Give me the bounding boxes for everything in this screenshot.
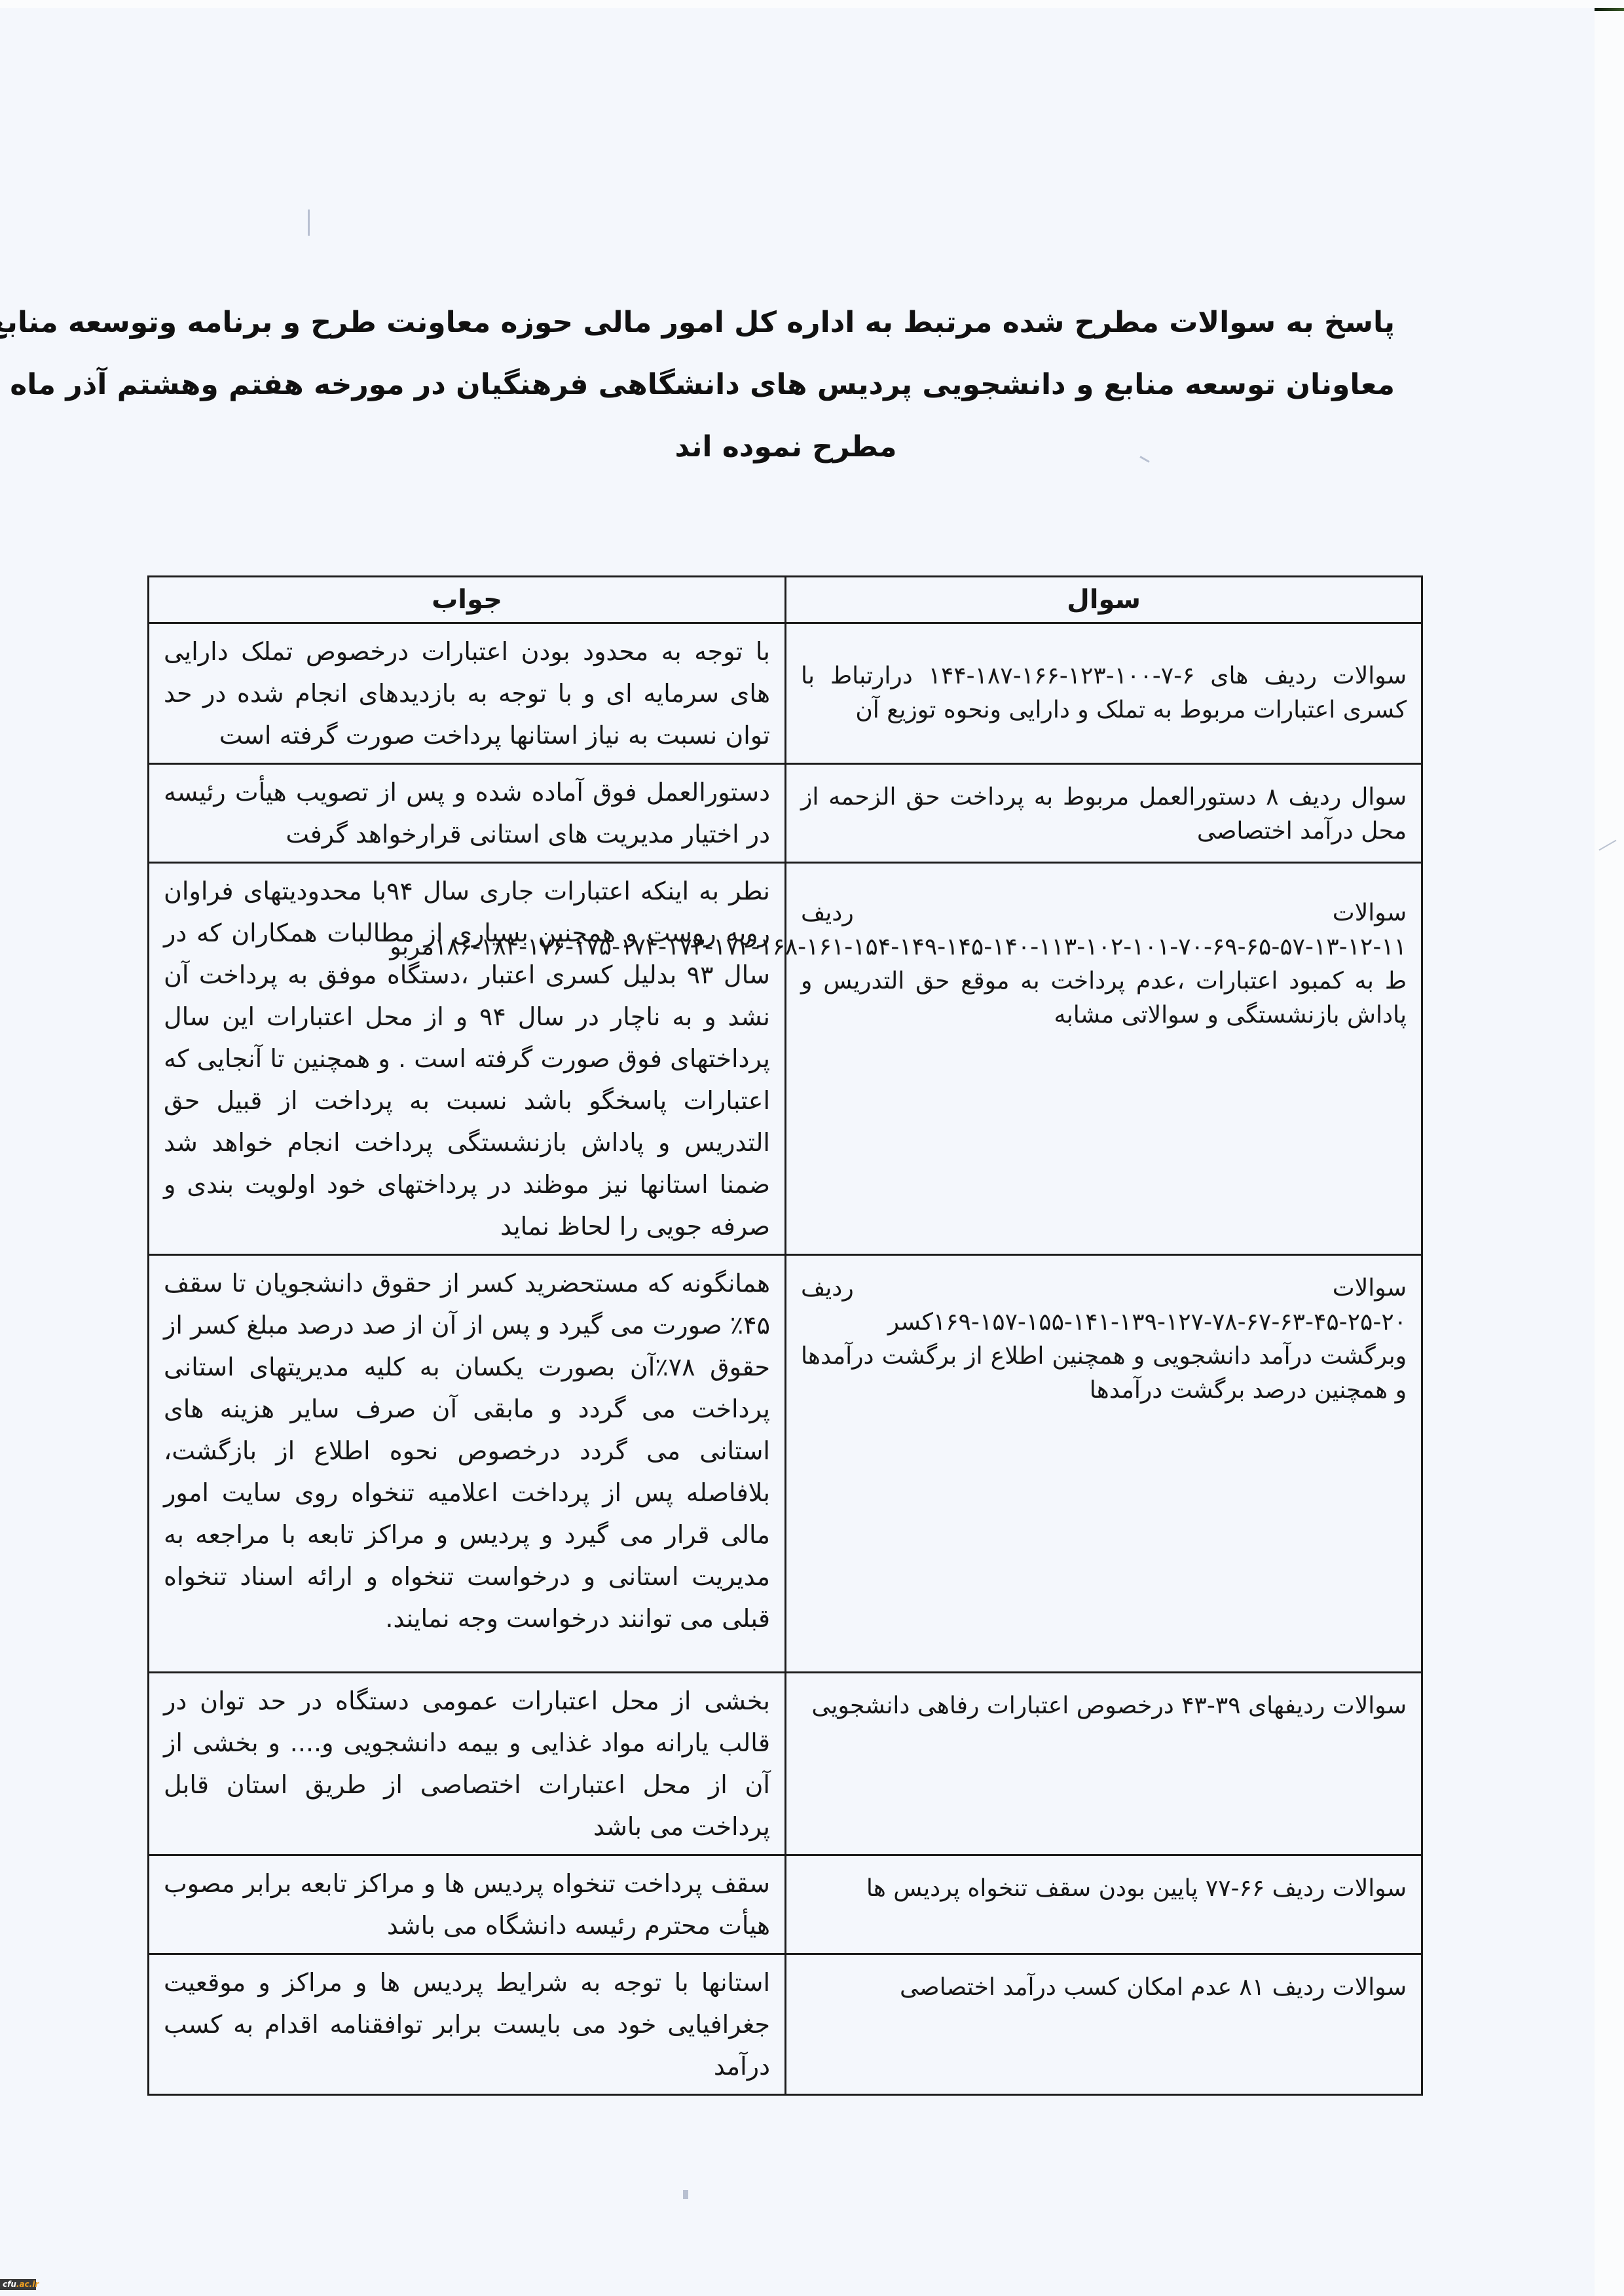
question-text: سوالات ردیف ۱۱-۱۲-۱۳-۵۷-۶۵-۶۹-۷۰-۱۰۱-۱۰۲… — [801, 870, 1407, 1032]
question-text: سوالات ردیفهای ۳۹-۴۳ درخصوص اعتبارات رفا… — [801, 1680, 1407, 1723]
answer-cell: بخشی از محل اعتبارات عمومی دستگاه در حد … — [149, 1673, 786, 1855]
document-title: پاسخ به سوالات مطرح شده مرتبط به اداره ک… — [177, 291, 1395, 478]
table-row: سوالات ردیف های ۶-۷-۱۰۰-۱۲۳-۱۶۶-۱۸۷-۱۴۴ … — [149, 623, 1422, 764]
answer-cell: با توجه به محدود بودن اعتبارات درخصوص تم… — [149, 623, 786, 764]
question-cell: سوالات ردیف ۸۱ عدم امکان کسب درآمد اختصا… — [786, 1954, 1422, 2095]
table-row: سوالات ردیف ۸۱ عدم امکان کسب درآمد اختصا… — [149, 1954, 1422, 2095]
question-cell: سوال ردیف ۸ دستورالعمل مربوط به پرداخت ح… — [786, 764, 1422, 863]
title-line: معاونان توسعه منابع و دانشجویی پردیس های… — [177, 354, 1395, 416]
scan-page-edge — [1595, 0, 1624, 2296]
answer-cell: دستورالعمل فوق آماده شده و پس از تصویب ه… — [149, 764, 786, 863]
question-text: سوالات ردیف ۶۶-۷۷ پایین بودن سقف تنخواه … — [801, 1863, 1407, 1906]
question-text: سوالات ردیف ۲۰-۲۵-۴۵-۶۳-۶۷-۷۸-۱۲۷-۱۳۹-۱۴… — [801, 1262, 1407, 1408]
question-cell: سوالات ردیف های ۶-۷-۱۰۰-۱۲۳-۱۶۶-۱۸۷-۱۴۴ … — [786, 623, 1422, 764]
answer-cell: همانگونه که مستحضرید کسر از حقوق دانشجوی… — [149, 1255, 786, 1673]
table-row: سوال ردیف ۸ دستورالعمل مربوط به پرداخت ح… — [149, 764, 1422, 863]
watermark-part-2: .ac.ir — [16, 2280, 39, 2289]
header-answer: جواب — [149, 577, 786, 623]
question-cell: سوالات ردیف ۲۰-۲۵-۴۵-۶۳-۶۷-۷۸-۱۲۷-۱۳۹-۱۴… — [786, 1255, 1422, 1673]
table-row: سوالات ردیف ۲۰-۲۵-۴۵-۶۳-۶۷-۷۸-۱۲۷-۱۳۹-۱۴… — [149, 1255, 1422, 1673]
scan-speck — [308, 210, 310, 236]
header-question: سوال — [786, 577, 1422, 623]
question-cell: سوالات ردیفهای ۳۹-۴۳ درخصوص اعتبارات رفا… — [786, 1673, 1422, 1855]
questions-answers-table: سوال جواب سوالات ردیف های ۶-۷-۱۰۰-۱۲۳-۱۶… — [147, 575, 1423, 2096]
table-row: سوالات ردیفهای ۳۹-۴۳ درخصوص اعتبارات رفا… — [149, 1673, 1422, 1855]
answer-cell: نطر به اینکه اعتبارات جاری سال ۹۴با محدو… — [149, 863, 786, 1255]
question-cell: سوالات ردیف ۶۶-۷۷ پایین بودن سقف تنخواه … — [786, 1855, 1422, 1954]
answer-cell: سقف پرداخت تنخواه پردیس ها و مراکز تابعه… — [149, 1855, 786, 1954]
scan-top-margin — [0, 0, 1595, 8]
table-row: سوالات ردیف ۶۶-۷۷ پایین بودن سقف تنخواه … — [149, 1855, 1422, 1954]
table-row: سوالات ردیف ۱۱-۱۲-۱۳-۵۷-۶۵-۶۹-۷۰-۱۰۱-۱۰۲… — [149, 863, 1422, 1255]
title-line: مطرح نموده اند — [177, 416, 1395, 478]
scan-speck — [683, 2190, 688, 2199]
scan-edge-band — [1595, 8, 1624, 11]
table-header-row: سوال جواب — [149, 577, 1422, 623]
answer-cell: استانها با توجه به شرایط پردیس ها و مراک… — [149, 1954, 786, 2095]
question-text: سوالات ردیف ۸۱ عدم امکان کسب درآمد اختصا… — [801, 1961, 1407, 2005]
question-cell: سوالات ردیف ۱۱-۱۲-۱۳-۵۷-۶۵-۶۹-۷۰-۱۰۱-۱۰۲… — [786, 863, 1422, 1255]
question-text: سوال ردیف ۸ دستورالعمل مربوط به پرداخت ح… — [801, 771, 1407, 848]
site-watermark: cfu.ac.ir — [0, 2279, 36, 2290]
title-line: پاسخ به سوالات مطرح شده مرتبط به اداره ک… — [177, 291, 1395, 354]
watermark-part-1: cfu — [3, 2280, 16, 2289]
